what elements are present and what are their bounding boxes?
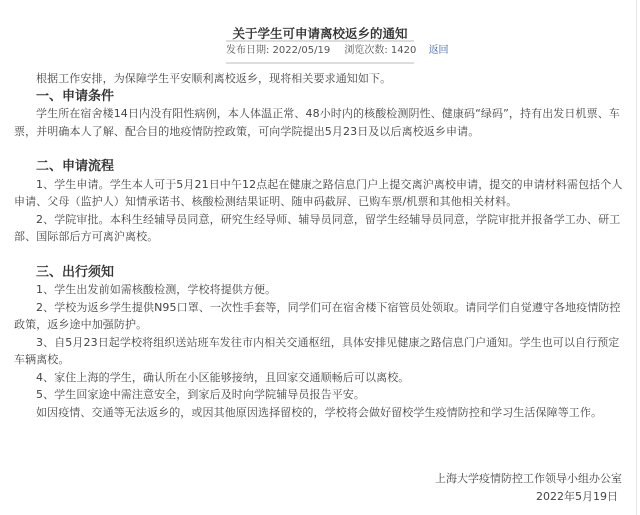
page-edge-divider [636,0,637,515]
paragraph: 1、学生申请。学生本人可于5月21日中午12点起在健康之路信息门户上提交离沪离校… [14,176,624,211]
paragraph: 2、学校为返乡学生提供N95口罩、一次性手套等，同学们可在宿舍楼下宿管员处领取。… [14,299,624,334]
view-count: 浏览次数: 1420 [344,42,416,60]
signature-org: 上海大学疫情防控工作领导小组办公室 [435,470,622,486]
paragraph: 4、家住上海的学生，确认所在小区能够接纳，且回家交通顺畅后可以离校。 [14,369,624,387]
section-heading-conditions: 一、申请条件 [14,88,624,106]
spacer [14,246,624,264]
paragraph: 1、学生出发前如需核酸检测，学校将提供方便。 [14,281,624,299]
paragraph: 3、自5月23日起学校将组织送站班车发往市内相关交通枢纽，具体安排见健康之路信息… [14,334,624,369]
paragraph: 2、学院审批。本科生经辅导员同意，研究生经导师、辅导员同意，留学生经辅导员同意，… [14,211,624,246]
back-link[interactable]: 返回 [429,42,449,60]
section-heading-process: 二、申请流程 [14,158,624,176]
spacer [14,140,624,158]
section-heading-travel: 三、出行须知 [14,264,624,282]
publish-date: 发布日期: 2022/05/19 [226,42,330,60]
paragraph: 5、学生回家途中需注意安全，到家后及时向学院辅导员报告平安。 [14,386,624,404]
paragraph: 学生所在宿舍楼14日内没有阳性病例，本人体温正常、48小时内的核酸检测阴性、健康… [14,105,624,140]
article-body: 根据工作安排，为保障学生平安顺利离校返乡，现将相关要求通知如下。 一、申请条件 … [14,70,624,421]
intro-paragraph: 根据工作安排，为保障学生平安顺利离校返乡，现将相关要求通知如下。 [14,70,624,88]
signature-date: 2022年5月19日 [536,488,618,504]
article-meta-bar: 发布日期: 2022/05/19 浏览次数: 1420 返回 [226,40,414,64]
paragraph: 如因疫情、交通等无法返乡的，或因其他原因选择留校的，学校将会做好留校学生疫情防控… [14,404,624,422]
